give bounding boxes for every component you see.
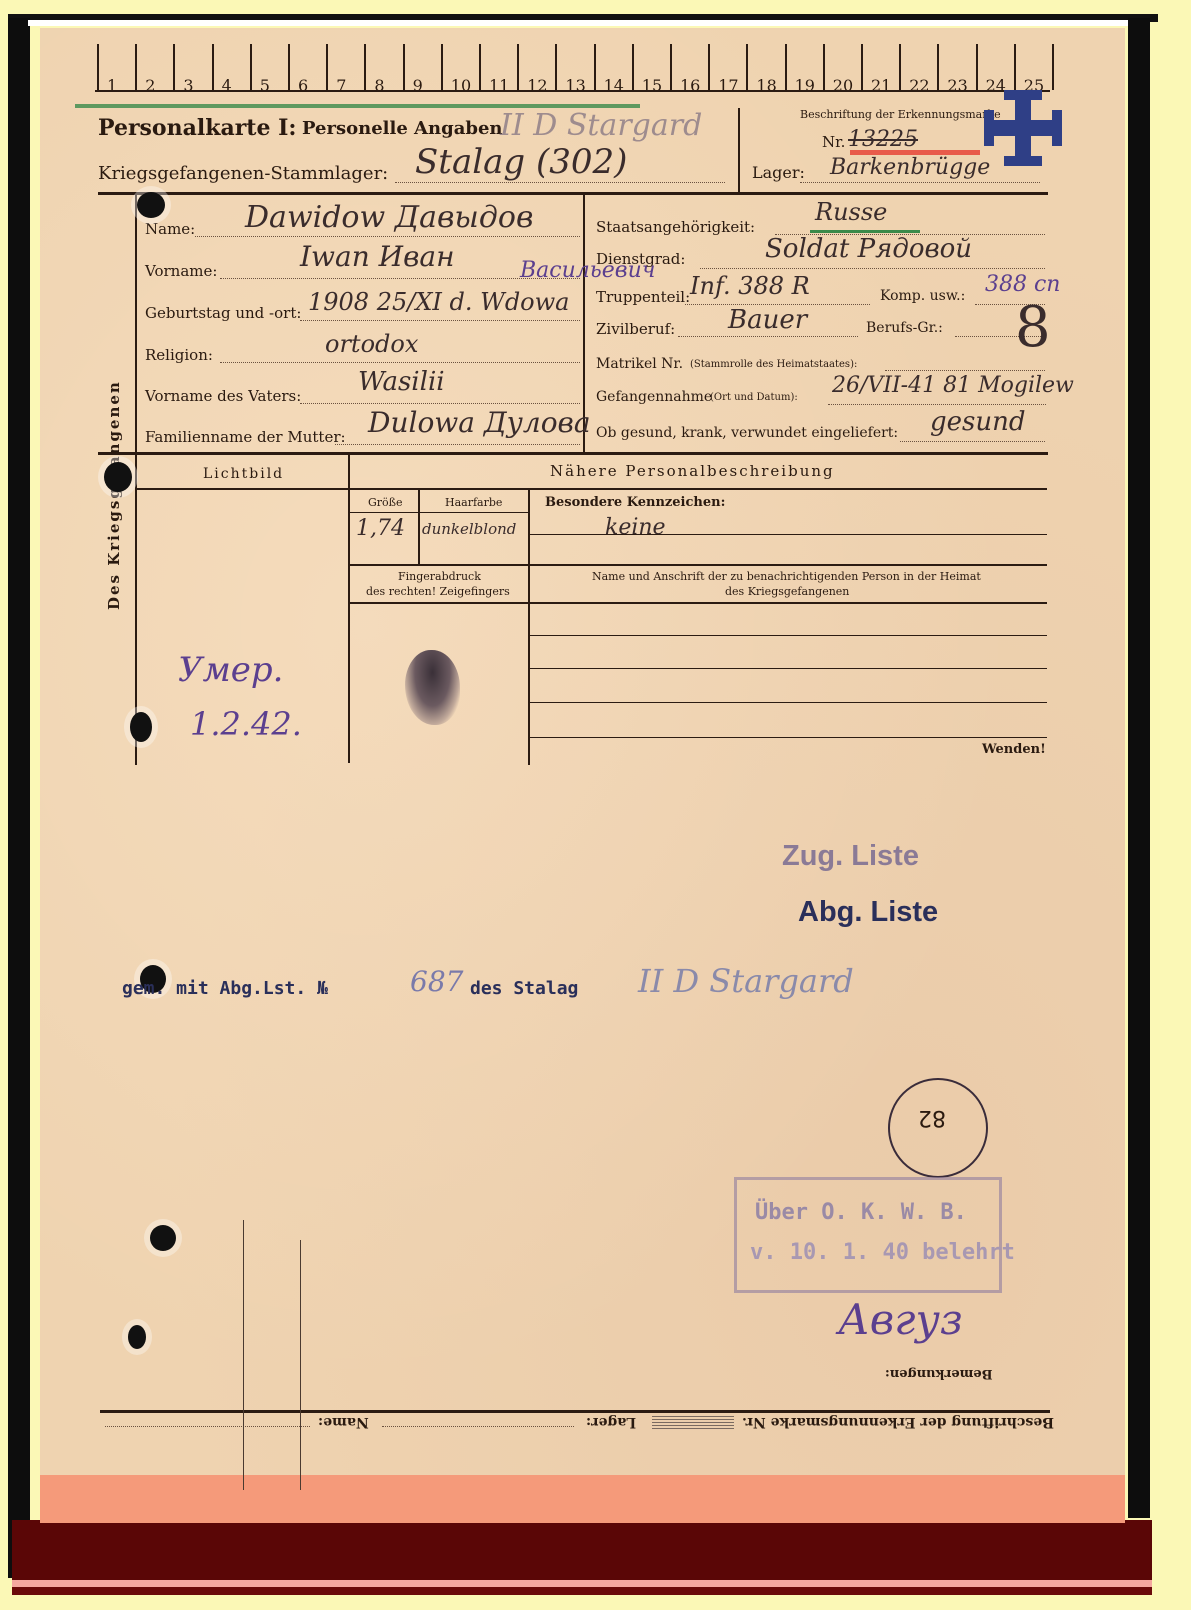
scan-frame-bottom-stripe [12,1580,1152,1587]
card-subtitle: Personelle Angaben [302,118,503,139]
ruler-number: 16 [680,76,700,95]
contact-line-4 [530,737,1047,738]
ruler-number: 19 [795,76,815,95]
ruler-tick [403,44,405,90]
groesse-divider [418,490,420,565]
scan-edge [28,20,1128,26]
green-staat-mark [810,230,920,233]
punch-hole [130,712,152,742]
ruler-number: 18 [756,76,776,95]
contact-line-2 [530,668,1047,669]
ruler-tick [326,44,328,90]
bemerkungen-label: Bemerkungen: [885,1366,993,1381]
ruler-number: 17 [718,76,738,95]
gefangen-value: 26/VII-41 81 Mogilew [832,373,1074,398]
ruler-number: 12 [527,76,547,95]
stammlager-value: Stalag (302) [415,142,627,182]
abg-line-prefix: gem. mit Abg.Lst. № [122,978,328,999]
erkennungsmarke-label: Beschriftung der Erkennungsmarke [800,108,1001,121]
ruler-tick [1052,44,1054,90]
belehrt-line-2: v. 10. 1. 40 belehrt [750,1240,1015,1265]
matrikel-sub: (Stammrolle des Heimatstaates): [690,359,857,370]
ruler-tick [861,44,863,90]
lager-label: Lager: [752,163,805,182]
matrikel-label: Matrikel Nr. [596,356,683,372]
ruler-number: 10 [451,76,471,95]
gefangen-line [828,404,1046,405]
ruler-tick [212,44,214,90]
haarfarbe-value: dunkelblond [422,520,516,538]
abg-line-mid: des Stalag [470,978,578,999]
ruler-number: 7 [336,76,346,95]
fingerprint-image [405,650,460,725]
berufsgr-value: 8 [1015,295,1051,360]
ruler-number: 4 [222,76,232,95]
ruler-tick [746,44,748,90]
vater-label: Vorname des Vaters: [145,387,301,405]
footer-name-line [105,1426,310,1427]
name-label: Name: [145,220,195,238]
footer-name-label: Name: [318,1414,369,1430]
stammlager-label: Kriegsgefangenen-Stammlager: [98,163,388,184]
description-header-rule [137,488,1047,490]
ruler-number: 20 [833,76,853,95]
side-label: Des Kriegsgefangenen [105,380,123,610]
dienstgrad-label: Dienstgrad: [596,250,685,268]
ruler-number: 14 [604,76,624,95]
ruler-number: 5 [260,76,270,95]
lichtbild-label: Lichtbild [203,466,284,482]
staat-value: Russe [815,198,887,226]
scan-frame-bottom-edge [12,1587,1152,1595]
name-line [195,236,580,237]
ruler-tick [479,44,481,90]
nr-value: 13225 [848,127,918,152]
komp-value: 388 сп [985,272,1060,297]
truppenteil-label: Truppenteil: [596,288,690,306]
lager-line [800,182,1040,183]
staat-label: Staatsangehörigkeit: [596,218,755,236]
dienstgrad-value: Soldat Рядовой [765,234,972,264]
name-value: Dawidow Давыдов [245,200,533,235]
ruler-tick [441,44,443,90]
abg-liste-stamp: Abg. Liste [798,896,938,929]
finger-label-2: des rechten! Zeigefingers [366,585,510,598]
iron-cross-stamp-icon [982,88,1064,168]
scan-frame-bottom [12,1520,1152,1580]
ruler-number: 1 [107,76,117,95]
ruler-tick [364,44,366,90]
ruler-tick [250,44,252,90]
card-bottom-stain [40,1475,1125,1523]
religion-value: ortodox [325,330,418,358]
ruler-number: 9 [413,76,423,95]
signature: Авгуз [838,1295,963,1344]
finger-label-1: Fingerabdruck [398,570,481,583]
gefangen-label: Gefangennahme [596,389,712,405]
ruler-tick [288,44,290,90]
ruler-tick [899,44,901,90]
ruler-number: 6 [298,76,308,95]
gesund-label: Ob gesund, krank, verwundet eingeliefert… [596,425,898,441]
ruler-tick [97,44,99,90]
mutter-line [335,444,580,445]
religion-label: Religion: [145,346,213,364]
ruler-tick [517,44,519,90]
kennzeichen-value: keine [605,515,666,540]
footer-lager-label: Lager: [586,1414,636,1430]
punch-hole [128,1325,146,1349]
gesund-line [900,441,1045,442]
ruler-tick [632,44,634,90]
geburt-line [300,320,580,321]
haarfarbe-label: Haarfarbe [445,496,502,509]
gefangen-sub: (Ort und Datum): [710,392,798,403]
ruler-number: 2 [145,76,155,95]
geburt-label: Geburtstag und -ort: [145,304,301,322]
ruler-number: 3 [183,76,193,95]
lager-value: Barkenbrügge [830,155,990,180]
contact-label-1: Name und Anschrift der zu benachrichtige… [592,570,981,583]
punch-hole [137,192,165,218]
gesund-value: gesund [930,407,1026,437]
section-top-rule [98,192,1048,195]
photo-divider [348,455,350,763]
scan-frame-left [8,18,30,1578]
vater-value: Wasilii [358,367,445,397]
pencil-line [243,1220,244,1490]
religion-line [220,362,580,363]
photo-note-died: Умер. [178,650,283,690]
description-title: Nähere Personalbeschreibung [550,462,835,480]
footer-lager-line [382,1426,574,1427]
ruler-tick [785,44,787,90]
ruler-tick [173,44,175,90]
ruler-number: 15 [642,76,662,95]
ruler-tick [937,44,939,90]
abg-number: 687 [410,965,463,998]
ruler-tick [670,44,672,90]
punch-hole [104,462,132,492]
zivilberuf-line [678,336,858,337]
photo-note-date: 1.2.42. [190,705,302,743]
contact-line-3 [530,702,1047,703]
handwritten-camp-note: II D Stargard [500,108,702,143]
footer-marke-label: Beschriftung der Erkennungsmarke Nr. [742,1414,1054,1430]
left-margin-rule [135,195,137,765]
belehrt-line-1: Über O. K. W. B. [755,1200,967,1225]
vater-line [300,403,580,404]
ruler-number: 11 [489,76,509,95]
ruler-number: 21 [871,76,891,95]
berufsgr-label: Berufs-Gr.: [866,320,943,336]
pencil-line [300,1240,301,1490]
kennzeichen-rule [530,534,1047,535]
vorname-label: Vorname: [145,262,217,280]
kennzeichen-label: Besondere Kennzeichen: [545,495,725,510]
ruler-number: 22 [909,76,929,95]
zug-liste-stamp: Zug. Liste [782,840,919,873]
zivilberuf-label: Zivilberuf: [596,320,675,338]
abg-camp: II D Stargard [638,962,854,1000]
vorname-value: Iwan Иван [300,240,455,273]
ruler-tick [1014,44,1016,90]
ruler-tick [594,44,596,90]
mutter-label: Familienname der Mutter: [145,428,346,446]
contact-label-2: des Kriegsgefangenen [725,585,849,598]
contact-line-1 [530,635,1047,636]
footer-redacted-field [652,1416,734,1430]
matrikel-line [885,370,1045,371]
mutter-value: Dulowa Дулова [368,406,591,439]
description-mid-rule [350,564,1047,566]
circle-stamp-number: 82 [918,1105,946,1130]
punch-hole [150,1225,176,1251]
header-divider [738,108,740,192]
ruler-tick [708,44,710,90]
belehrt-stamp-box [734,1177,1002,1293]
nr-label: Nr. [822,133,845,151]
ruler-tick [823,44,825,90]
card-title: Personalkarte I: [98,115,297,141]
scan-frame-right [1128,18,1150,1518]
ruler-number: 23 [947,76,967,95]
finger-header-rule [350,602,1047,604]
haar-divider [528,490,530,765]
groesse-header-rule [350,512,528,513]
groesse-label: Größe [368,496,403,509]
stammlager-line [395,182,725,183]
ruler-tick [555,44,557,90]
komp-label: Komp. usw.: [880,288,965,304]
ruler-baseline [95,90,1050,92]
dienstgrad-line [700,268,1045,269]
ruler-tick [135,44,137,90]
geburt-value: 1908 25/XI d. Wdowa [308,288,569,316]
ruler-number: 8 [374,76,384,95]
wenden-label: Wenden! [982,742,1046,757]
groesse-value: 1,74 [356,516,405,541]
section-mid-rule [98,452,1048,455]
zivilberuf-value: Bauer [728,305,807,335]
ruler-tick [976,44,978,90]
truppenteil-value: Inf. 388 R [690,272,810,300]
ruler-number: 13 [565,76,585,95]
